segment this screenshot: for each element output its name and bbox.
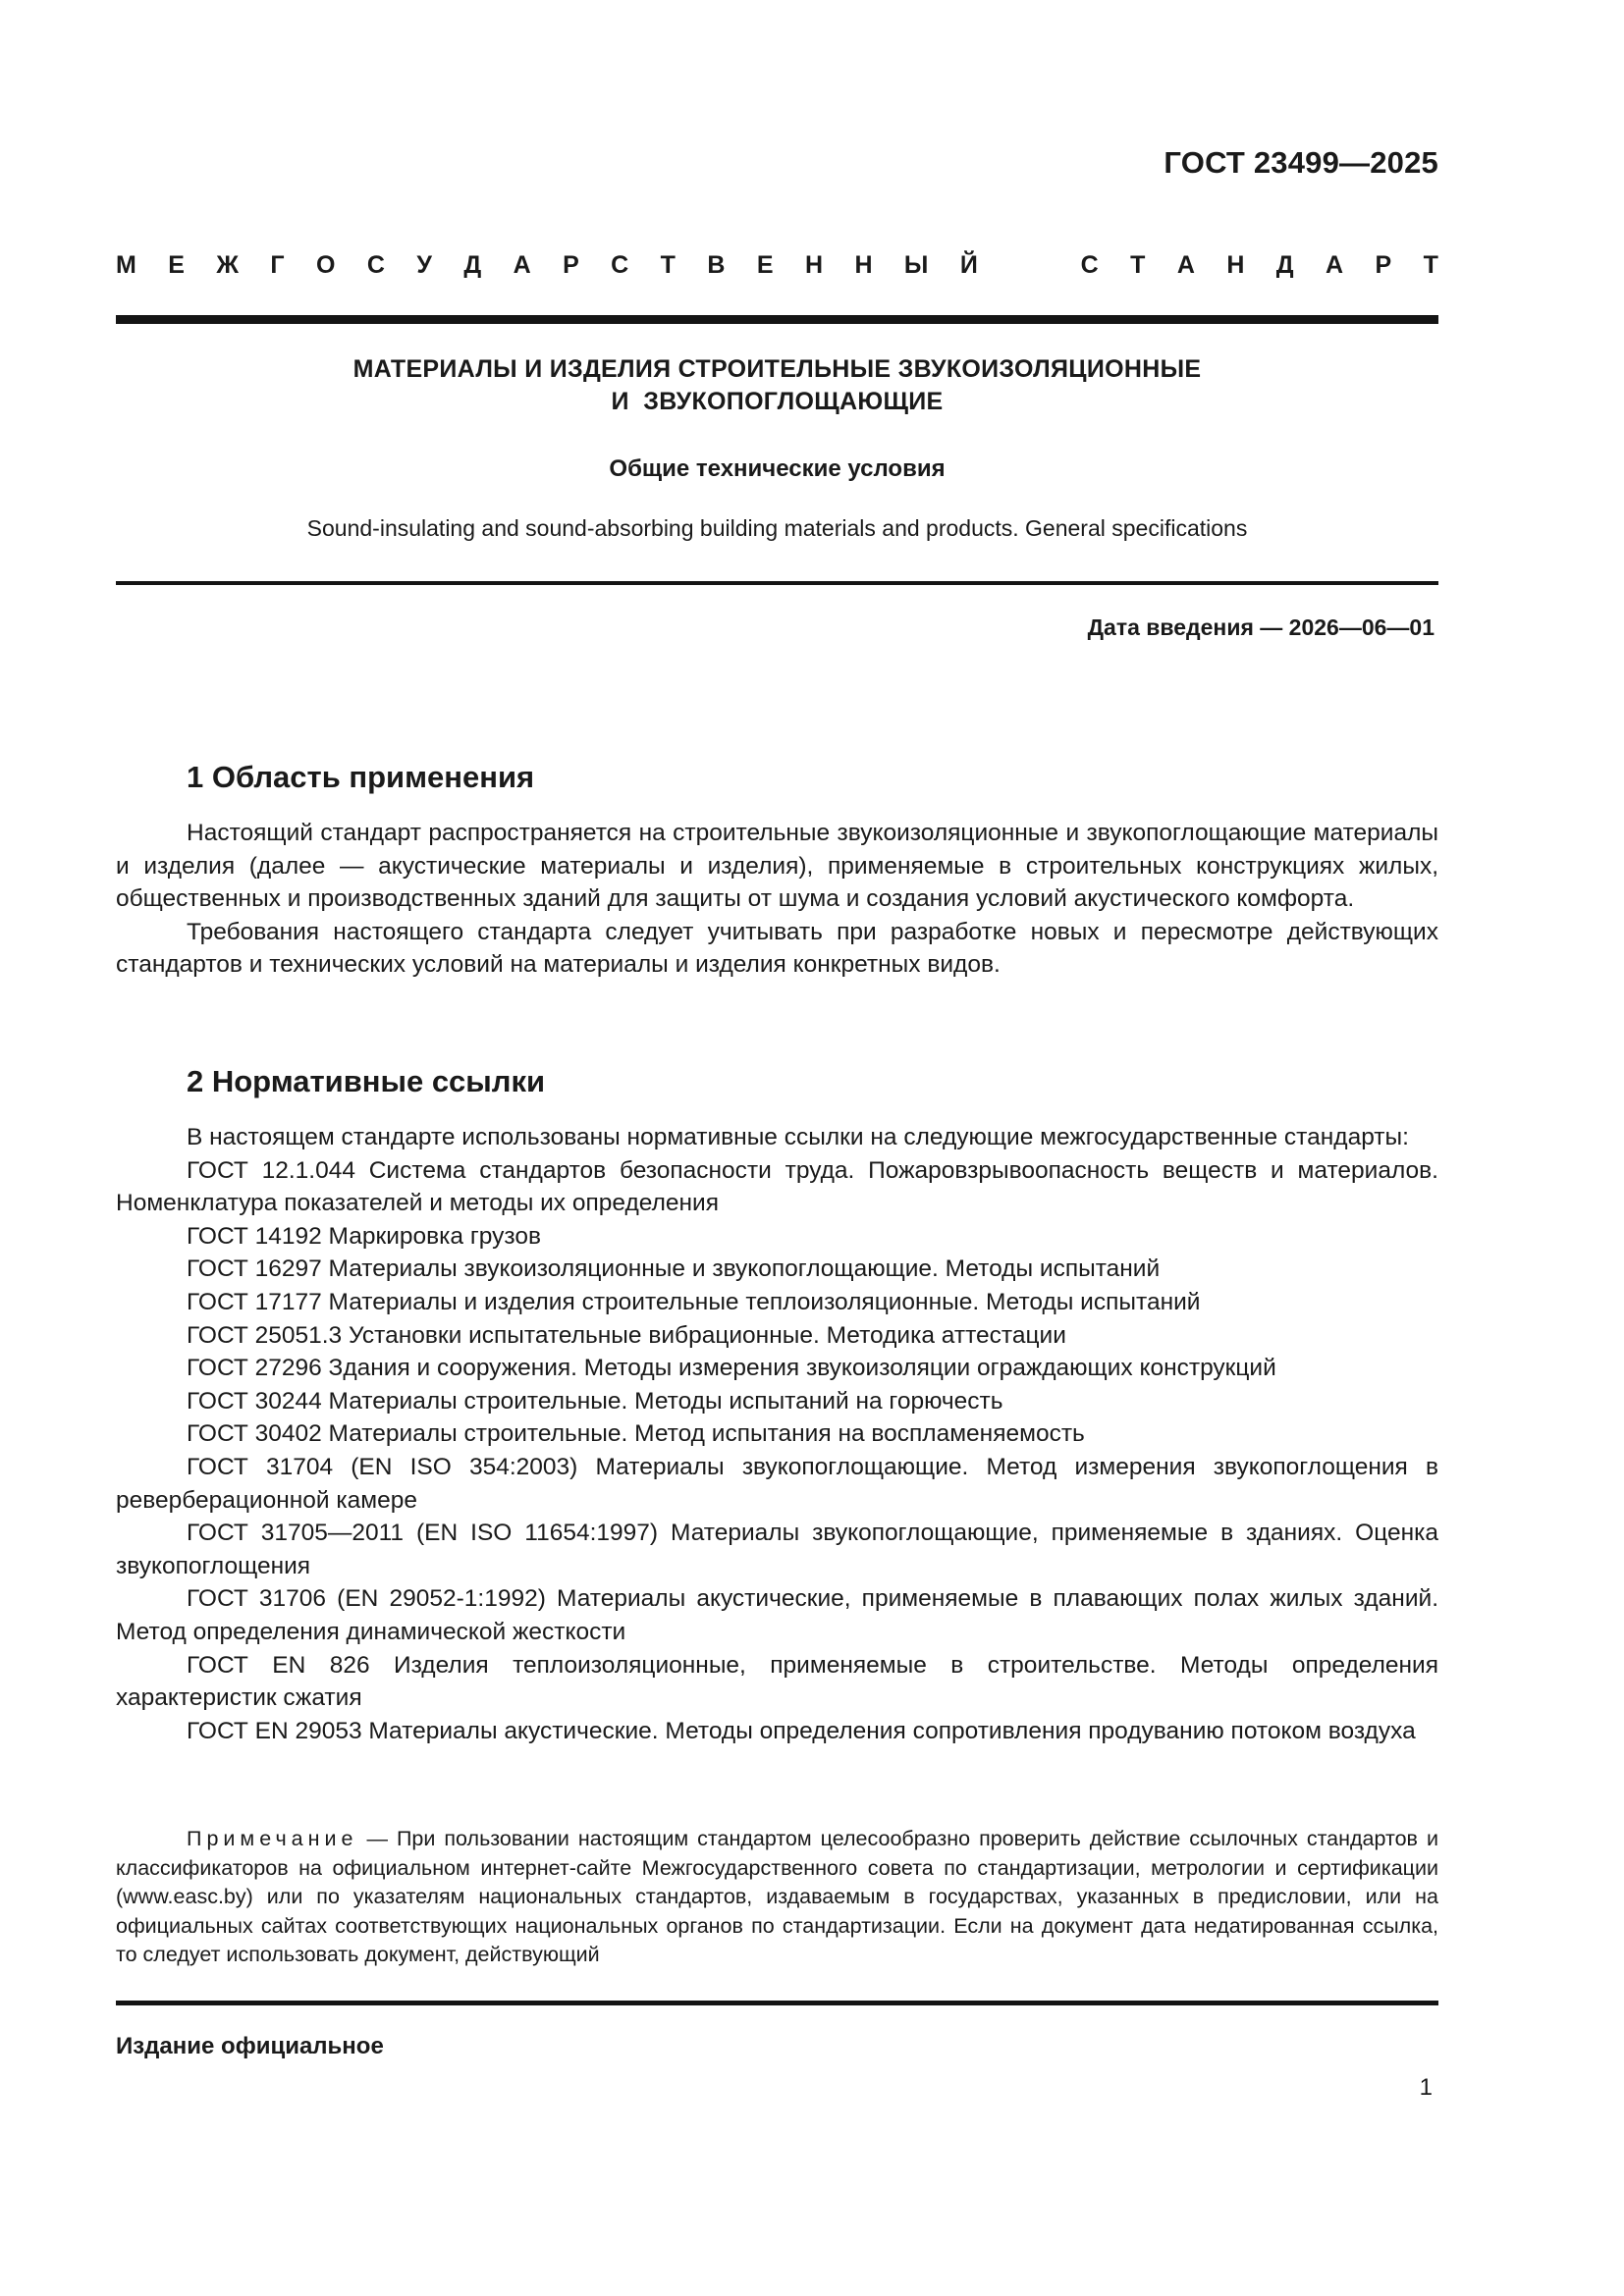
edition-label: Издание официальное	[116, 2033, 384, 2060]
header-rule-thick	[116, 315, 1438, 324]
normative-reference-item: ГОСТ EN 29053 Материалы акустические. Ме…	[116, 1715, 1438, 1748]
standard-kind-letter: С	[611, 251, 628, 280]
normative-reference-item: ГОСТ 25051.3 Установки испытательные виб…	[116, 1319, 1438, 1353]
page-number: 1	[1420, 2074, 1433, 2102]
normative-reference-item: ГОСТ 30244 Материалы строительные. Метод…	[116, 1385, 1438, 1418]
note: Примечание — При пользовании настоящим с…	[116, 1825, 1438, 1970]
standard-kind-letter: Д	[463, 251, 481, 280]
standard-kind-letter: Е	[168, 251, 185, 280]
standard-kind-letter: Г	[270, 251, 284, 280]
standard-kind-letter: Й	[960, 251, 978, 280]
standard-kind-letter: Д	[1276, 251, 1294, 280]
section-1-body: Настоящий стандарт распространяется на с…	[116, 817, 1438, 982]
standard-kind-letter: Ж	[216, 251, 239, 280]
normative-reference-item: ГОСТ 31704 (EN ISO 354:2003) Материалы з…	[116, 1451, 1438, 1517]
section-2-intro: В настоящем стандарте использованы норма…	[116, 1121, 1438, 1154]
standard-kind-letter: Н	[805, 251, 823, 280]
standard-kind-letter: Т	[1424, 251, 1438, 280]
standard-kind-letter: Н	[854, 251, 872, 280]
standard-kind-banner: МЕЖГОСУДАРСТВЕННЫЙСТАНДАРТ	[116, 251, 1438, 280]
standard-kind-letter: Р	[563, 251, 579, 280]
footer-rule	[116, 2001, 1438, 2005]
standard-kind-letter: С	[367, 251, 385, 280]
normative-reference-item: ГОСТ 31705—2011 (EN ISO 11654:1997) Мате…	[116, 1517, 1438, 1582]
introduction-date: Дата введения — 2026—06—01	[1088, 614, 1435, 641]
title-rule-thin	[116, 581, 1438, 585]
standard-kind-letter: М	[116, 251, 136, 280]
normative-reference-item: ГОСТ 31706 (EN 29052-1:1992) Материалы а…	[116, 1582, 1438, 1648]
standard-kind-letter: С	[1081, 251, 1099, 280]
normative-reference-item: ГОСТ EN 826 Изделия теплоизоляционные, п…	[116, 1649, 1438, 1715]
normative-reference-item: ГОСТ 14192 Маркировка грузов	[116, 1220, 1438, 1254]
standard-kind-letter: А	[1177, 251, 1195, 280]
document-title: МАТЕРИАЛЫ И ИЗДЕЛИЯ СТРОИТЕЛЬНЫЕ ЗВУКОИЗ…	[116, 353, 1438, 418]
document-title-line-2: И ЗВУКОПОГЛОЩАЮЩИЕ	[116, 386, 1438, 418]
normative-reference-item: ГОСТ 17177 Материалы и изделия строитель…	[116, 1286, 1438, 1319]
standard-kind-letter: Т	[661, 251, 676, 280]
section-2-heading: 2 Нормативные ссылки	[187, 1064, 545, 1099]
normative-reference-item: ГОСТ 16297 Материалы звукоизоляционные и…	[116, 1253, 1438, 1286]
note-label: Примечание	[187, 1827, 357, 1850]
normative-reference-item: ГОСТ 12.1.044 Система стандартов безопас…	[116, 1154, 1438, 1220]
standard-kind-letter: О	[316, 251, 335, 280]
standard-number: ГОСТ 23499—2025	[1164, 145, 1438, 181]
standard-kind-letter: В	[707, 251, 725, 280]
standard-kind-letter: Е	[757, 251, 774, 280]
standard-kind-letter: Ы	[904, 251, 928, 280]
normative-reference-item: ГОСТ 27296 Здания и сооружения. Методы и…	[116, 1352, 1438, 1385]
document-subtitle: Общие технические условия	[116, 455, 1438, 483]
note-paragraph: Примечание — При пользовании настоящим с…	[116, 1825, 1438, 1970]
standard-kind-letter: Н	[1226, 251, 1244, 280]
word-gap	[1009, 251, 1049, 280]
section-2-body: В настоящем стандарте использованы норма…	[116, 1121, 1438, 1747]
section-1-heading: 1 Область применения	[187, 760, 534, 795]
document-title-english: Sound-insulating and sound-absorbing bui…	[116, 515, 1438, 542]
section-1-paragraph: Требования настоящего стандарта следует …	[116, 916, 1438, 982]
standard-kind-letter: А	[514, 251, 531, 280]
standard-kind-letter: А	[1326, 251, 1343, 280]
normative-reference-item: ГОСТ 30402 Материалы строительные. Метод…	[116, 1417, 1438, 1451]
standard-kind-letter: Т	[1130, 251, 1145, 280]
standard-kind-letter: Р	[1376, 251, 1392, 280]
document-title-line-1: МАТЕРИАЛЫ И ИЗДЕЛИЯ СТРОИТЕЛЬНЫЕ ЗВУКОИЗ…	[116, 353, 1438, 386]
section-1-paragraph: Настоящий стандарт распространяется на с…	[116, 817, 1438, 916]
standard-kind-letter: У	[416, 251, 432, 280]
